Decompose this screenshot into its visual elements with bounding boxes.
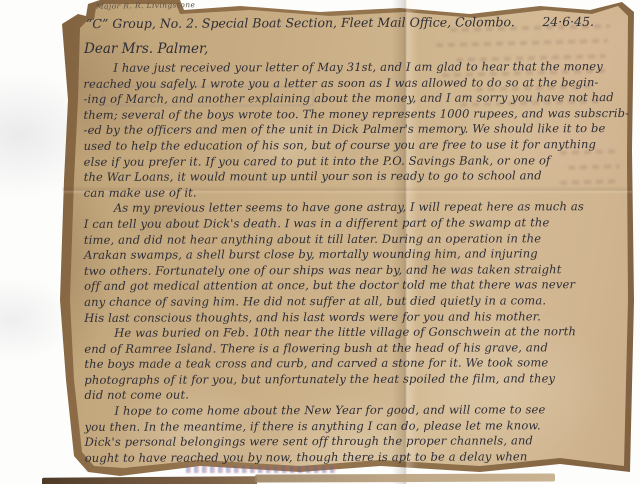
letter-line: Arakan swamps, a shell burst close by, m… xyxy=(84,246,608,263)
letter-line: did not come out. xyxy=(84,387,608,404)
letter-line: He was buried on Feb. 10th near the litt… xyxy=(84,324,608,341)
pencil-note: Major R. R. Livingstone xyxy=(96,0,195,11)
letter-body: I have just received your letter of May … xyxy=(83,59,608,466)
letter-line: ought to have reached you by now, though… xyxy=(85,449,609,466)
letter-line: them; several of the boys wrote too. The… xyxy=(83,106,607,123)
letter-line: -ing of March, and another explaining ab… xyxy=(83,90,607,107)
letter-line: the War Loans, it would mount up until y… xyxy=(84,168,608,185)
letter-line: the boys made a teak cross and curb, and… xyxy=(84,355,608,372)
letter-line: else if you prefer it. If you cared to p… xyxy=(84,153,608,170)
letter-line: I can tell you about Dick's death. I was… xyxy=(84,215,608,232)
letter-line: two others. Fortunately one of our ships… xyxy=(84,262,608,279)
letter-line: His last conscious thoughts, and his las… xyxy=(84,309,608,326)
scan-background: Major R. R. Livingstone “C” Group, No. 2… xyxy=(0,0,640,484)
letter-date: 24·6·45. xyxy=(542,14,594,29)
letter-line: I have just received your letter of May … xyxy=(83,59,607,76)
letter-line: off and got medical attention at once, b… xyxy=(84,277,608,294)
letter-line: As my previous letter seems to have gone… xyxy=(84,199,608,216)
letter-line: can make use of it. xyxy=(84,184,608,201)
bottom-paper-edge xyxy=(255,473,555,482)
letter-line: reached you safely. I wrote you a letter… xyxy=(83,75,607,92)
letter-heading: “C” Group, No. 2. Special Boat Section, … xyxy=(86,14,594,31)
letter-line: photographs of it for you, but unfortuna… xyxy=(84,371,608,388)
letter-line: any chance of saving him. He did not suf… xyxy=(84,293,608,310)
letter-line: you then. In the meantime, if there is a… xyxy=(85,418,609,435)
letter-line: Dick's personal belongings were sent off… xyxy=(85,433,609,450)
bottom-paper-scrap xyxy=(42,476,257,484)
letter-line: -ed by the officers and men of the unit … xyxy=(84,121,608,138)
letter-line: end of Ramree Island. There is a floweri… xyxy=(84,340,608,357)
unit-address: “C” Group, No. 2. Special Boat Section, … xyxy=(86,14,515,31)
letter-line: used to help the education of his son, b… xyxy=(84,137,608,154)
salutation: Dear Mrs. Palmer, xyxy=(84,41,208,57)
letter-line: time, and did not hear anything about it… xyxy=(84,231,608,248)
letter-line: I hope to come home about the New Year f… xyxy=(84,402,608,419)
